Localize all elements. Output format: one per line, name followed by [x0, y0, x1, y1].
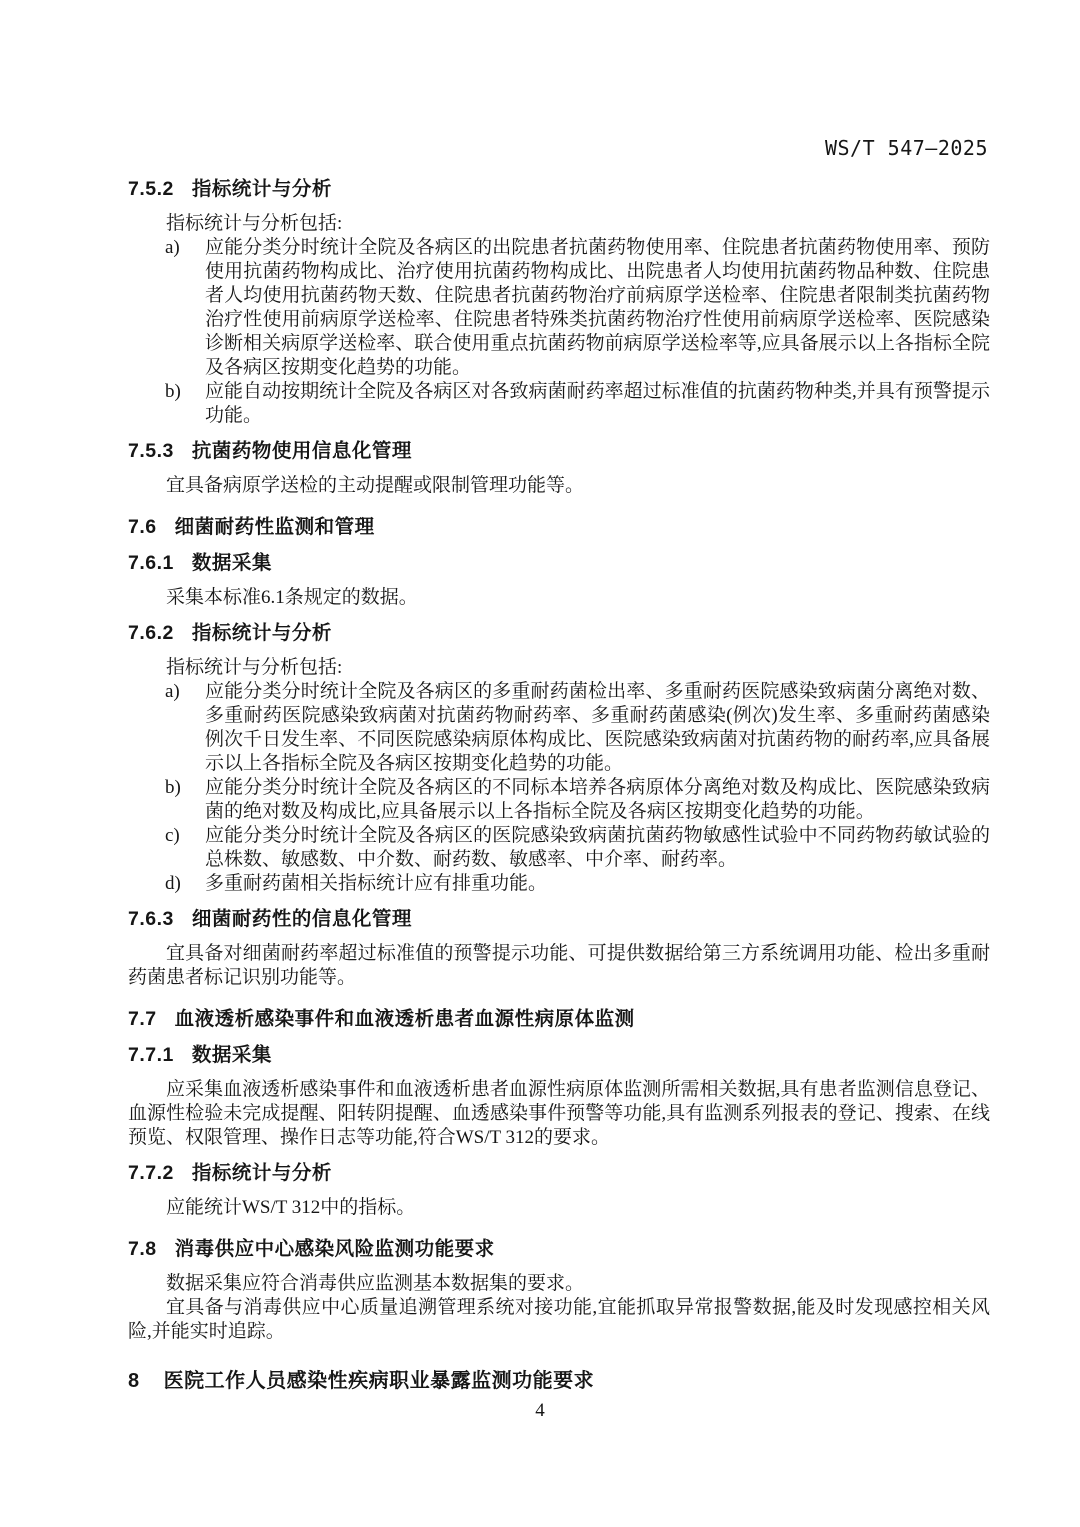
heading-title: 抗菌药物使用信息化管理 [192, 438, 412, 464]
para-7-8-2: 宜具备与消毒供应中心质量追溯管理系统对接功能,宜能抓取异常报警数据,能及时发现感… [128, 1296, 990, 1344]
list-item: c) 应能分类分时统计全院及各病区的医院感染致病菌抗菌药物敏感性试验中不同药物药… [128, 824, 990, 872]
list-7-5-2: a) 应能分类分时统计全院及各病区的出院患者抗菌药物使用率、住院患者抗菌药物使用… [128, 236, 990, 428]
para-7-7-1: 应采集血液透析感染事件和血液透析患者血源性病原体监测所需相关数据,具有患者监测信… [128, 1078, 990, 1150]
heading-number: 7.8 [128, 1236, 157, 1262]
heading-7-6-3: 7.6.3 细菌耐药性的信息化管理 [128, 906, 990, 932]
heading-title: 数据采集 [192, 1042, 272, 1068]
page-number: 4 [535, 1400, 545, 1421]
heading-title: 细菌耐药性监测和管理 [175, 514, 375, 540]
list-marker: b) [165, 776, 205, 824]
para-7-8-1: 数据采集应符合消毒供应监测基本数据集的要求。 [128, 1272, 990, 1296]
list-marker: a) [165, 680, 205, 776]
list-item-text: 应能分类分时统计全院及各病区的多重耐药菌检出率、多重耐药医院感染致病菌分离绝对数… [205, 680, 990, 776]
heading-number: 7.6 [128, 514, 157, 540]
para-7-5-3: 宜具备病原学送检的主动提醒或限制管理功能等。 [128, 474, 990, 498]
list-item-text: 多重耐药菌相关指标统计应有排重功能。 [205, 872, 990, 896]
heading-number: 7.7.1 [128, 1042, 174, 1068]
para-7-5-2-intro: 指标统计与分析包括: [128, 212, 990, 236]
list-item: b) 应能分类分时统计全院及各病区的不同标本培养各病原体分离绝对数及构成比、医院… [128, 776, 990, 824]
document-body: 7.5.2 指标统计与分析 指标统计与分析包括: a) 应能分类分时统计全院及各… [128, 166, 990, 1404]
heading-title: 医院工作人员感染性疾病职业暴露监测功能要求 [164, 1368, 595, 1394]
heading-title: 数据采集 [192, 550, 272, 576]
heading-7-6: 7.6 细菌耐药性监测和管理 [128, 514, 990, 540]
heading-7-8: 7.8 消毒供应中心感染风险监测功能要求 [128, 1236, 990, 1262]
heading-7-7-2: 7.7.2 指标统计与分析 [128, 1160, 990, 1186]
page-header: WS/T 547—2025 [128, 136, 988, 160]
heading-title: 指标统计与分析 [192, 620, 332, 646]
heading-number: 7.5.2 [128, 176, 174, 202]
standard-document-page: WS/T 547—2025 7.5.2 指标统计与分析 指标统计与分析包括: a… [0, 0, 1080, 1527]
list-item: d) 多重耐药菌相关指标统计应有排重功能。 [128, 872, 990, 896]
list-item-text: 应能分类分时统计全院及各病区的不同标本培养各病原体分离绝对数及构成比、医院感染致… [205, 776, 990, 824]
heading-8: 8 医院工作人员感染性疾病职业暴露监测功能要求 [128, 1368, 990, 1394]
page-footer: 4 [0, 1400, 1080, 1422]
heading-number: 8 [128, 1368, 140, 1394]
heading-number: 7.5.3 [128, 438, 174, 464]
heading-7-7: 7.7 血液透析感染事件和血液透析患者血源性病原体监测 [128, 1006, 990, 1032]
list-item: a) 应能分类分时统计全院及各病区的多重耐药菌检出率、多重耐药医院感染致病菌分离… [128, 680, 990, 776]
list-item: b) 应能自动按期统计全院及各病区对各致病菌耐药率超过标准值的抗菌药物种类,并具… [128, 380, 990, 428]
heading-title: 指标统计与分析 [192, 176, 332, 202]
heading-title: 指标统计与分析 [192, 1160, 332, 1186]
standard-code: WS/T 547—2025 [825, 136, 988, 160]
list-marker: b) [165, 380, 205, 428]
heading-number: 7.6.2 [128, 620, 174, 646]
heading-title: 血液透析感染事件和血液透析患者血源性病原体监测 [175, 1006, 635, 1032]
list-item-text: 应能分类分时统计全院及各病区的医院感染致病菌抗菌药物敏感性试验中不同药物药敏试验… [205, 824, 990, 872]
list-item-text: 应能分类分时统计全院及各病区的出院患者抗菌药物使用率、住院患者抗菌药物使用率、预… [205, 236, 990, 380]
heading-7-7-1: 7.7.1 数据采集 [128, 1042, 990, 1068]
list-marker: d) [165, 872, 205, 896]
heading-7-6-2: 7.6.2 指标统计与分析 [128, 620, 990, 646]
heading-7-5-3: 7.5.3 抗菌药物使用信息化管理 [128, 438, 990, 464]
heading-7-5-2: 7.5.2 指标统计与分析 [128, 176, 990, 202]
heading-title: 细菌耐药性的信息化管理 [192, 906, 412, 932]
list-item: a) 应能分类分时统计全院及各病区的出院患者抗菌药物使用率、住院患者抗菌药物使用… [128, 236, 990, 380]
heading-title: 消毒供应中心感染风险监测功能要求 [175, 1236, 495, 1262]
list-marker: c) [165, 824, 205, 872]
heading-number: 7.6.1 [128, 550, 174, 576]
heading-number: 7.6.3 [128, 906, 174, 932]
heading-number: 7.7.2 [128, 1160, 174, 1186]
list-marker: a) [165, 236, 205, 380]
para-7-6-2-intro: 指标统计与分析包括: [128, 656, 990, 680]
para-7-6-1: 采集本标准6.1条规定的数据。 [128, 586, 990, 610]
list-item-text: 应能自动按期统计全院及各病区对各致病菌耐药率超过标准值的抗菌药物种类,并具有预警… [205, 380, 990, 428]
para-7-6-3: 宜具备对细菌耐药率超过标准值的预警提示功能、可提供数据给第三方系统调用功能、检出… [128, 942, 990, 990]
para-7-7-2: 应能统计WS/T 312中的指标。 [128, 1196, 990, 1220]
heading-number: 7.7 [128, 1006, 157, 1032]
heading-7-6-1: 7.6.1 数据采集 [128, 550, 990, 576]
list-7-6-2: a) 应能分类分时统计全院及各病区的多重耐药菌检出率、多重耐药医院感染致病菌分离… [128, 680, 990, 896]
